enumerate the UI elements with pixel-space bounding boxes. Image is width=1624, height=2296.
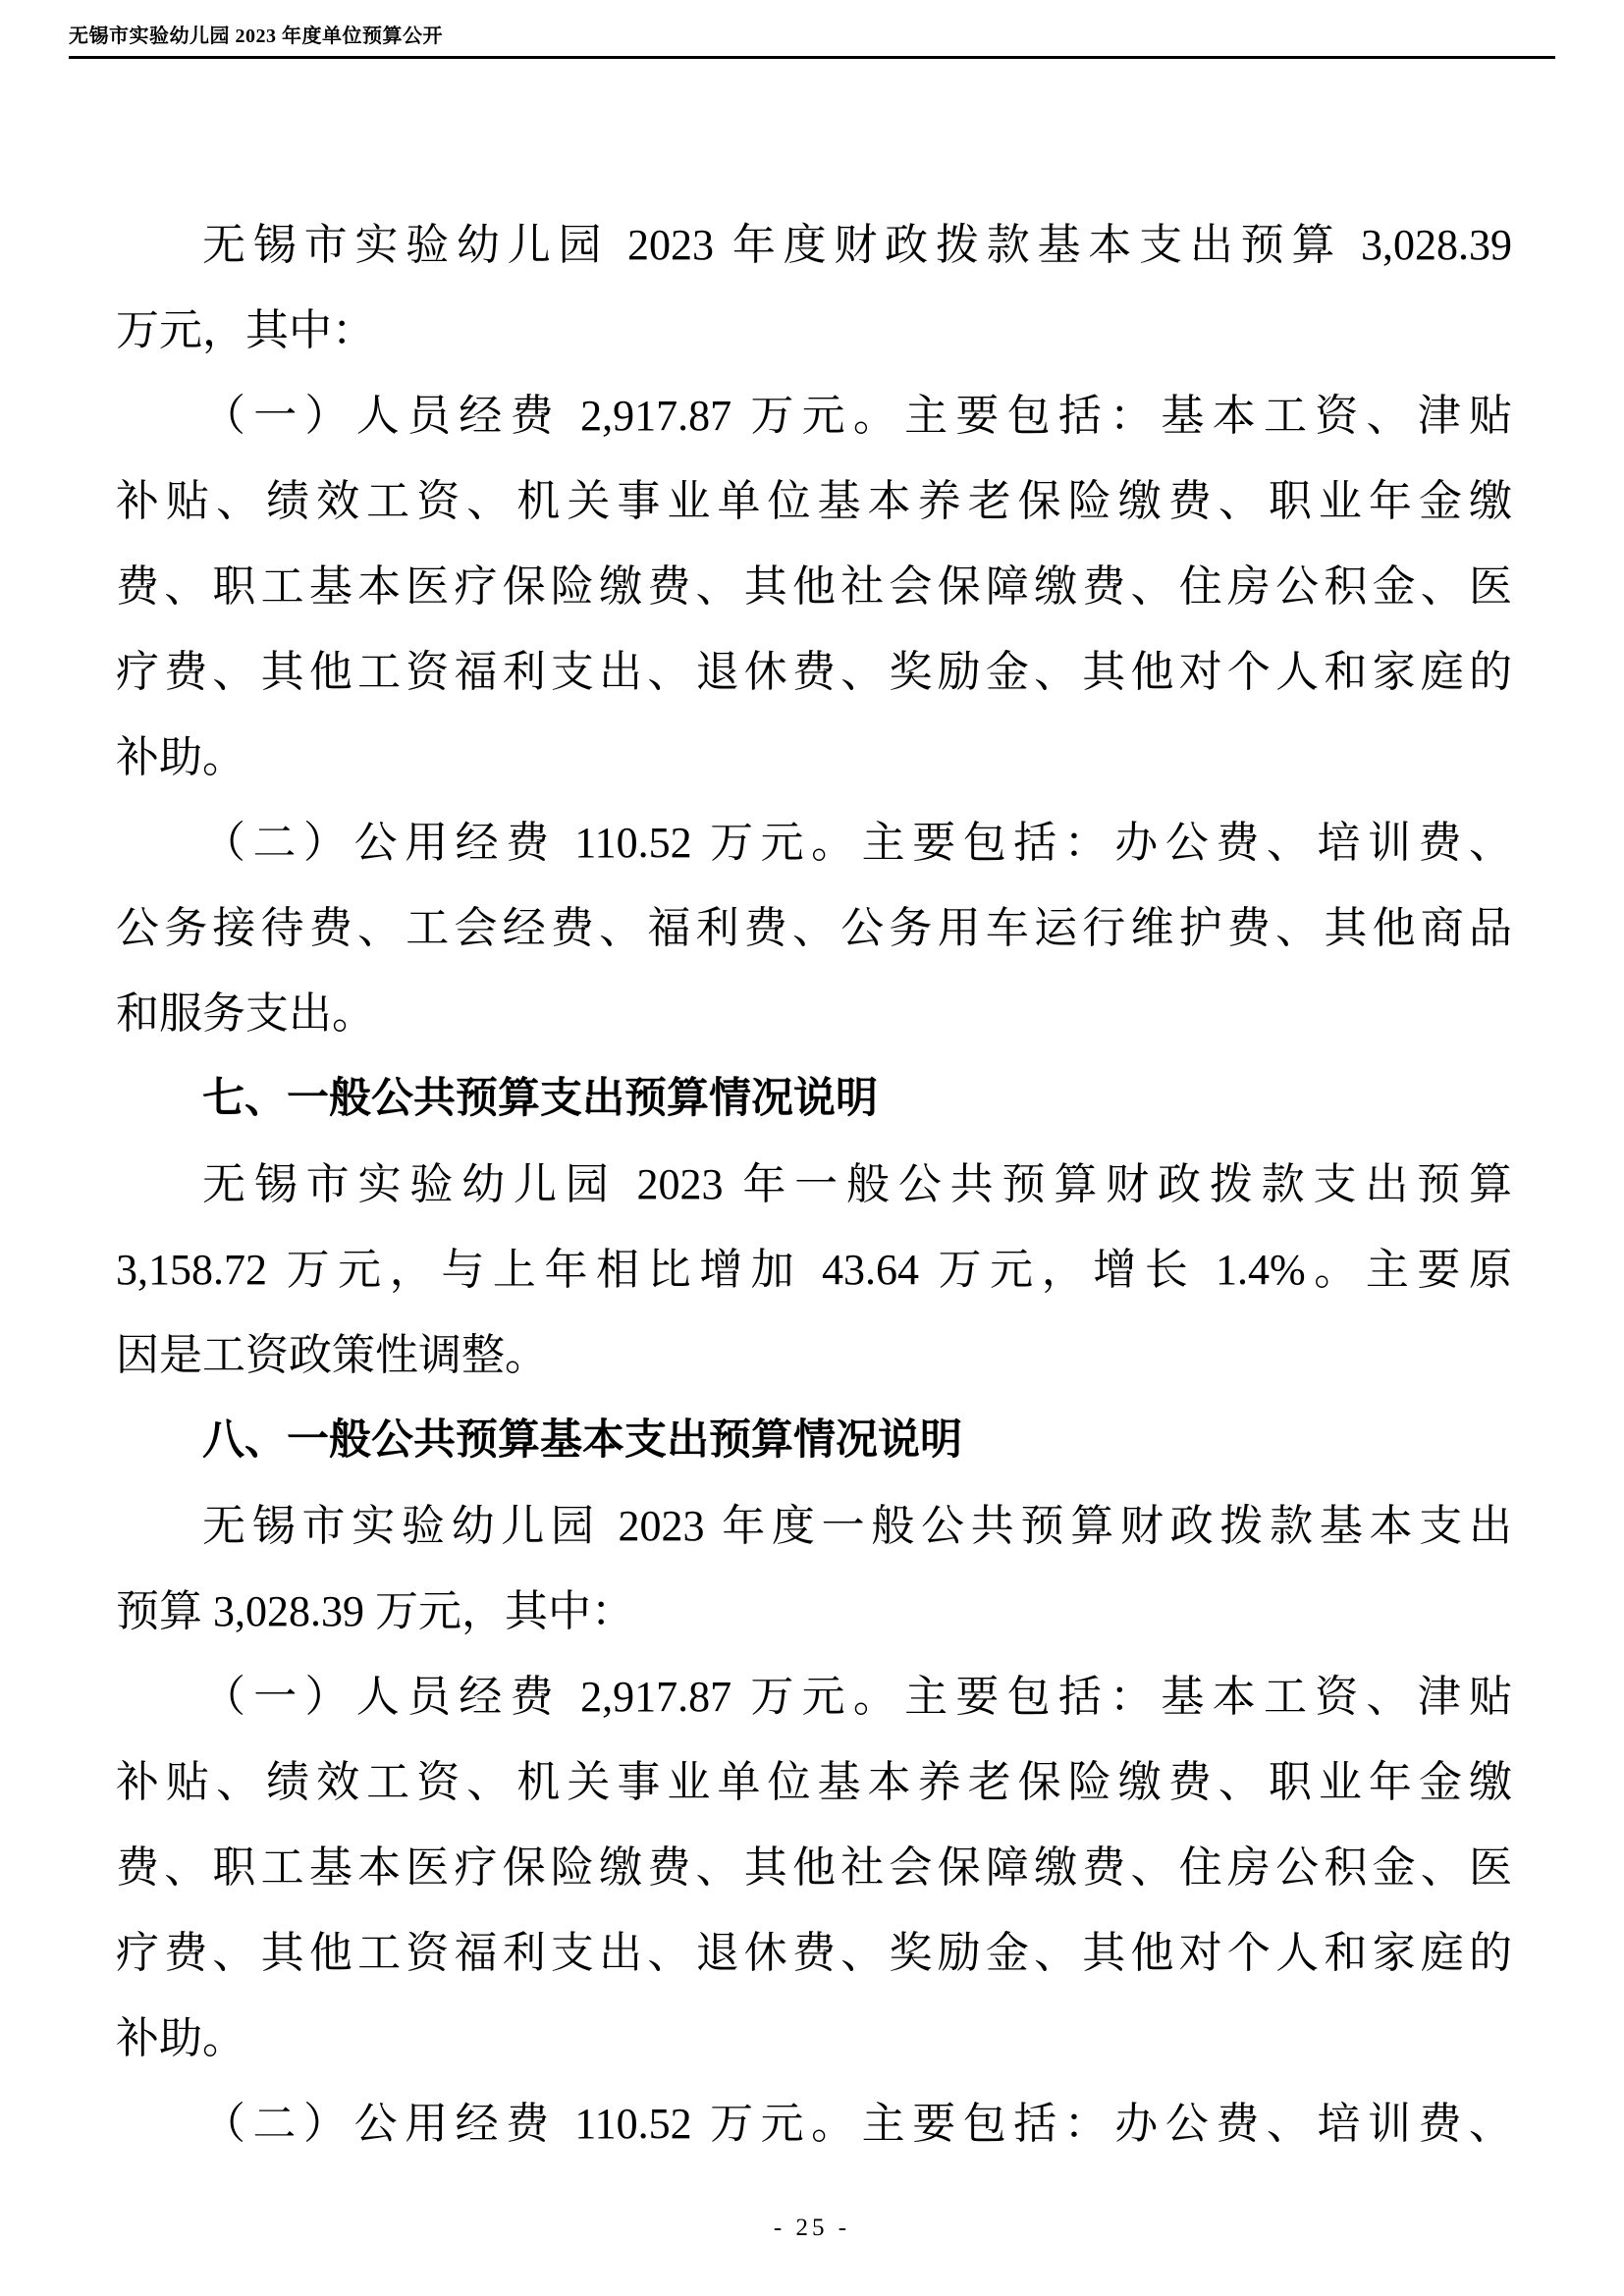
page-header: 无锡市实验幼儿园 2023 年度单位预算公开: [69, 20, 1555, 59]
body-line: 补贴、绩效工资、机关事业单位基本养老保险缴费、职业年金缴: [116, 1739, 1512, 1825]
body-line: 公务接待费、工会经费、福利费、公务用车运行维护费、其他商品: [116, 885, 1512, 971]
header-title: 无锡市实验幼儿园 2023 年度单位预算公开: [69, 20, 1555, 56]
body-line: 费、职工基本医疗保险缴费、其他社会保障缴费、住房公积金、医: [116, 544, 1512, 629]
body-line: 疗费、其他工资福利支出、退休费、奖励金、其他对个人和家庭的: [116, 629, 1512, 715]
body-line: 和服务支出。: [116, 971, 1512, 1056]
body-line: 无锡市实验幼儿园 2023 年度财政拨款基本支出预算 3,028.39: [116, 202, 1512, 288]
body-line: （二）公用经费 110.52 万元。主要包括：办公费、培训费、: [116, 800, 1512, 885]
body-line: 无锡市实验幼儿园 2023 年一般公共预算财政拨款支出预算: [116, 1142, 1512, 1227]
body-line: 补助。: [116, 715, 1512, 800]
body-line: （一）人员经费 2,917.87 万元。主要包括：基本工资、津贴: [116, 373, 1512, 458]
page-footer: - 25 -: [0, 2215, 1624, 2242]
body-line: 3,158.72 万元，与上年相比增加 43.64 万元，增长 1.4%。主要原: [116, 1227, 1512, 1312]
document-body: 无锡市实验幼儿园 2023 年度财政拨款基本支出预算 3,028.39 万元，其…: [116, 202, 1512, 2166]
body-line: 无锡市实验幼儿园 2023 年度一般公共预算财政拨款基本支出: [116, 1483, 1512, 1569]
body-line: 万元，其中：: [116, 288, 1512, 373]
body-line: 预算 3,028.39 万元，其中：: [116, 1569, 1512, 1654]
body-line: 疗费、其他工资福利支出、退休费、奖励金、其他对个人和家庭的: [116, 1910, 1512, 1996]
page-number: - 25 -: [774, 2215, 850, 2241]
section-heading-7: 七、一般公共预算支出预算情况说明: [116, 1056, 1512, 1142]
body-line: （一）人员经费 2,917.87 万元。主要包括：基本工资、津贴: [116, 1654, 1512, 1739]
section-heading-8: 八、一般公共预算基本支出预算情况说明: [116, 1398, 1512, 1483]
body-line: 费、职工基本医疗保险缴费、其他社会保障缴费、住房公积金、医: [116, 1825, 1512, 1910]
body-line: 因是工资政策性调整。: [116, 1312, 1512, 1398]
body-line: 补助。: [116, 1996, 1512, 2081]
header-rule: [69, 56, 1555, 59]
body-line: 补贴、绩效工资、机关事业单位基本养老保险缴费、职业年金缴: [116, 458, 1512, 544]
body-line: （二）公用经费 110.52 万元。主要包括：办公费、培训费、: [116, 2081, 1512, 2166]
